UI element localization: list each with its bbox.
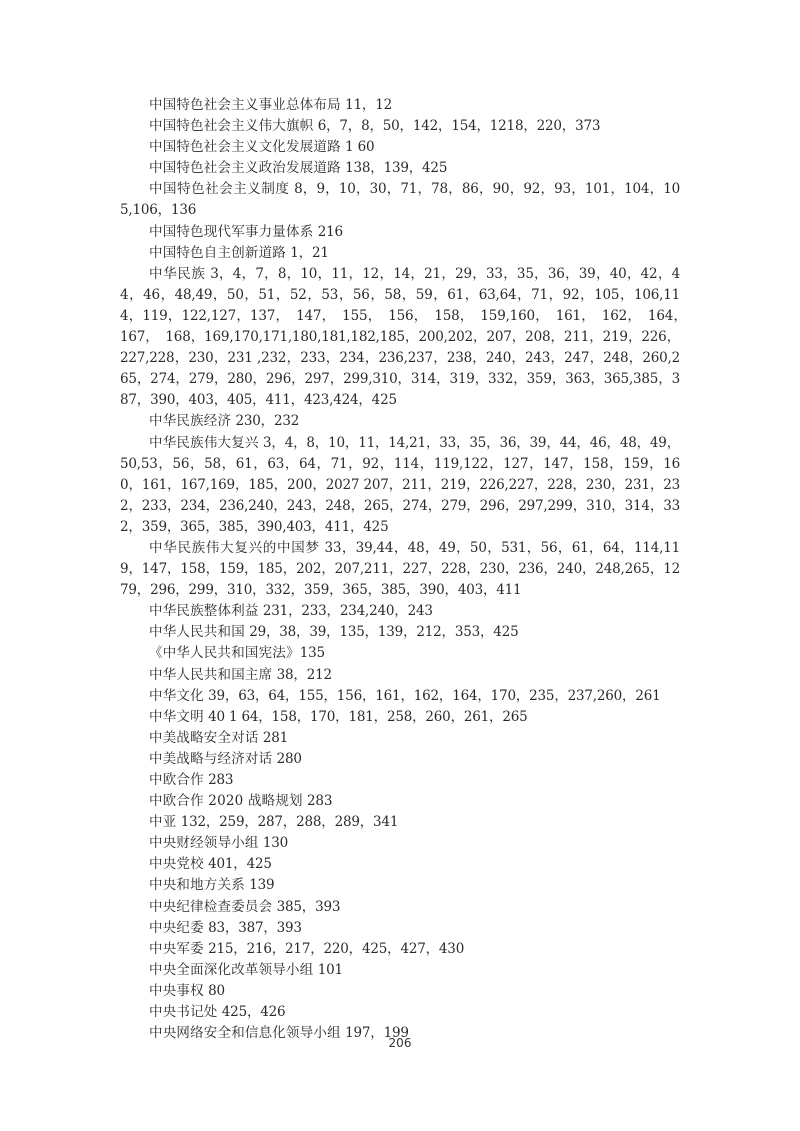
index-term: 中央纪委: [149, 920, 204, 936]
index-entry: 中华民族整体利益 231，233，234,240，243: [120, 601, 680, 622]
index-pages: 1 60: [345, 139, 374, 155]
index-term: 中华民族经济: [149, 413, 231, 429]
index-term: 中华民族伟大复兴: [149, 435, 259, 451]
index-term: 中欧合作: [149, 772, 204, 788]
index-pages: 29，38，39，135，139，212，353，425: [249, 624, 518, 640]
index-pages: 425，426: [222, 1004, 286, 1020]
index-pages: 138，139，425: [345, 160, 447, 176]
index-term: 中央书记处: [149, 1004, 218, 1020]
index-entry: 中华民族经济 230，232: [120, 411, 680, 432]
index-term: 中国特色社会主义政治发展道路: [149, 160, 341, 176]
index-entry: 中华人民共和国 29，38，39，135，139，212，353，425: [120, 622, 680, 643]
index-pages: 1，21: [290, 245, 328, 261]
index-term: 《中华人民共和国宪法》: [149, 645, 300, 661]
index-entry: 中国特色社会主义伟大旗帜 6，7，8，50，142，154，1218，220，3…: [120, 116, 680, 137]
index-term: 中亚: [149, 814, 176, 830]
index-term: 中欧合作 2020 战略规划: [149, 793, 303, 809]
index-term: 中华民族伟大复兴的中国梦: [149, 540, 320, 556]
index-entry: 中央军委 215，216，217，220，425，427，430: [120, 939, 680, 960]
index-pages: 385，393: [277, 899, 341, 915]
index-term: 中华文明: [149, 709, 204, 725]
index-term: 中华人民共和国: [149, 624, 245, 640]
index-entry: 中央纪委 83，387，393: [120, 918, 680, 939]
index-pages: 38，212: [277, 667, 332, 683]
index-pages: 40 1 64，158，170，181，258，260，261，265: [208, 709, 527, 725]
index-term: 中国特色社会主义制度: [149, 181, 289, 197]
index-entry: 中国特色现代军事力量体系 216: [120, 222, 680, 243]
index-pages: 3，4，7，8，10，11，12，14，21，29，33，35，36，39，40…: [120, 266, 693, 409]
page-number: 206: [0, 1036, 800, 1050]
index-entry: 中央党校 401，425: [120, 854, 680, 875]
index-pages: 283: [208, 772, 233, 788]
index-entry: 中国特色社会主义事业总体布局 11，12: [120, 95, 680, 116]
index-term: 中国特色现代军事力量体系: [149, 224, 313, 240]
index-term: 中央和地方关系: [149, 877, 245, 893]
index-pages: 132，259，287，288，289，341: [181, 814, 399, 830]
index-term: 中国特色自主创新道路: [149, 245, 286, 261]
index-term: 中央军委: [149, 941, 204, 957]
index-entry: 中美战略安全对话 281: [120, 728, 680, 749]
index-pages: 139: [249, 877, 274, 893]
index-pages: 280: [277, 751, 302, 767]
index-entry: 中欧合作 283: [120, 770, 680, 791]
index-pages: 6，7，8，50，142，154，1218，220，373: [318, 118, 601, 134]
index-pages: 401，425: [208, 856, 272, 872]
index-term: 中国特色社会主义伟大旗帜: [149, 118, 313, 134]
index-pages: 216: [318, 224, 343, 240]
index-pages: 281: [263, 730, 288, 746]
index-entry: 中国特色自主创新道路 1，21: [120, 243, 680, 264]
index-entry: 中华民族伟大复兴的中国梦 33，39,44，48，49，50，531，56，61…: [120, 538, 680, 601]
index-term: 中华民族整体利益: [149, 603, 259, 619]
index-pages: 80: [208, 983, 225, 999]
index-entry: 中美战略与经济对话 280: [120, 749, 680, 770]
index-entry: 中国特色社会主义政治发展道路 138，139，425: [120, 158, 680, 179]
index-pages: 215，216，217，220，425，427，430: [208, 941, 464, 957]
index-term: 中央全面深化改革领导小组: [149, 962, 313, 978]
index-pages: 130: [263, 835, 288, 851]
index-pages: 231，233，234,240，243: [263, 603, 433, 619]
index-entry: 中央事权 80: [120, 981, 680, 1002]
index-entry: 中央纪律检查委员会 385，393: [120, 897, 680, 918]
index-entry: 中欧合作 2020 战略规划 283: [120, 791, 680, 812]
index-term: 中国特色社会主义文化发展道路: [149, 139, 341, 155]
index-term: 中国特色社会主义事业总体布局: [149, 97, 341, 113]
index-term: 中华文化: [149, 688, 204, 704]
index-entry: 《中华人民共和国宪法》135: [120, 643, 680, 664]
index-entry: 中央全面深化改革领导小组 101: [120, 960, 680, 981]
index-term: 中华民族: [149, 266, 206, 282]
index-pages: 101: [318, 962, 343, 978]
index-term: 中央财经领导小组: [149, 835, 259, 851]
index-page: 中国特色社会主义事业总体布局 11，12 中国特色社会主义伟大旗帜 6，7，8，…: [120, 95, 680, 1044]
index-entry: 中亚 132，259，287，288，289，341: [120, 812, 680, 833]
index-term: 中央党校: [149, 856, 204, 872]
index-pages: 39，63，64，155，156，161，162，164，170，235，237…: [208, 688, 660, 704]
index-entry: 中华民族 3，4，7，8，10，11，12，14，21，29，33，35，36，…: [120, 264, 680, 412]
index-pages: 135: [300, 645, 325, 661]
index-term: 中央纪律检查委员会: [149, 899, 272, 915]
index-term: 中华人民共和国主席: [149, 667, 272, 683]
index-entry: 中国特色社会主义文化发展道路 1 60: [120, 137, 680, 158]
index-entry: 中华文化 39，63，64，155，156，161，162，164，170，23…: [120, 686, 680, 707]
index-term: 中美战略与经济对话: [149, 751, 272, 767]
index-entry: 中央书记处 425，426: [120, 1002, 680, 1023]
index-entry: 中国特色社会主义制度 8，9，10，30，71，78，86，90，92，93，1…: [120, 179, 680, 221]
index-entry: 中央和地方关系 139: [120, 875, 680, 896]
index-entry: 中华文明 40 1 64，158，170，181，258，260，261，265: [120, 707, 680, 728]
index-pages: 83，387，393: [208, 920, 302, 936]
index-term: 中央事权: [149, 983, 204, 999]
index-pages: 230，232: [236, 413, 300, 429]
index-term: 中美战略安全对话: [149, 730, 259, 746]
index-entry: 中华民族伟大复兴 3，4，8，10，11，14,21，33，35，36，39，4…: [120, 433, 680, 538]
index-entry: 中央财经领导小组 130: [120, 833, 680, 854]
index-pages: 283: [307, 793, 332, 809]
index-pages: 11，12: [345, 97, 392, 113]
index-entry: 中华人民共和国主席 38，212: [120, 665, 680, 686]
